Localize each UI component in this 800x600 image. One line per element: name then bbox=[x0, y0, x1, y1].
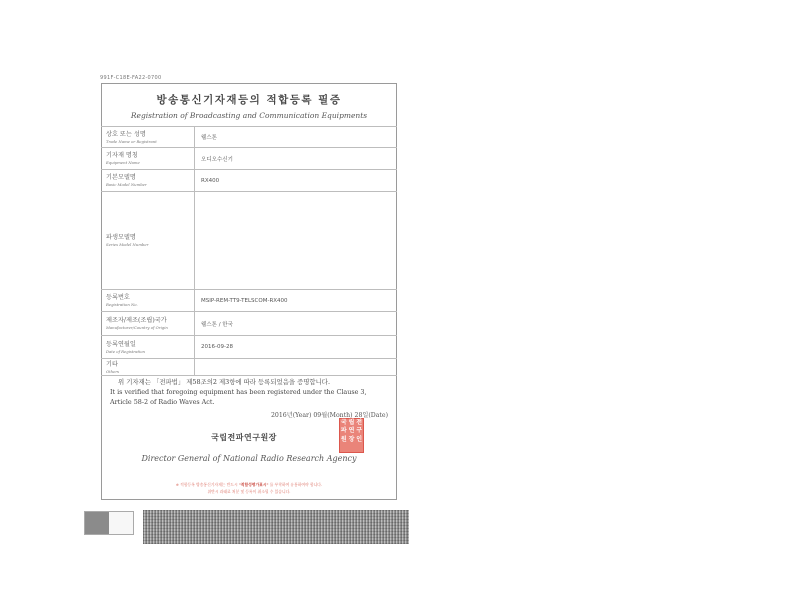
seal-char: 전 bbox=[355, 419, 363, 427]
label-english: Series Model Number bbox=[106, 242, 190, 247]
field-label: 상호 또는 성명 Trade Name or Registrant bbox=[101, 127, 195, 148]
manufacturer-value: 웰스톤 / 한국 bbox=[195, 312, 398, 336]
certification-korean: 위 기자재는 「전파법」 제58조의2 제3항에 따라 등록되었음을 증명합니다… bbox=[110, 377, 388, 387]
label-korean: 제조자/제조(조립)국가 bbox=[106, 317, 190, 325]
notice-text: ※ 적합등록 방송통신기자재는 반드시 bbox=[176, 482, 239, 487]
label-korean: 기자재 명칭 bbox=[106, 152, 190, 160]
basic-model-value: RX400 bbox=[195, 170, 398, 192]
issue-date: 2016년(Year) 09월(Month) 28일(Date) bbox=[271, 410, 388, 419]
label-english: Equipment Name bbox=[106, 160, 190, 165]
label-korean: 상호 또는 성명 bbox=[106, 131, 190, 139]
document-code: 991F-C18E-FA22-0700 bbox=[100, 75, 161, 81]
table-row: 등록연월일 Date of Registration 2016-09-28 bbox=[101, 336, 397, 359]
table-row: 제조자/제조(조립)국가 Manufacturer/Country of Ori… bbox=[101, 312, 397, 336]
security-barcode-strip bbox=[143, 510, 409, 544]
label-korean: 기타 bbox=[106, 361, 190, 369]
thumbnail-light-block bbox=[109, 512, 133, 534]
notice-highlight: "적합성평가표시" bbox=[239, 482, 269, 487]
others-value bbox=[195, 359, 398, 376]
label-korean: 등록번호 bbox=[106, 294, 190, 302]
seal-char: 인 bbox=[355, 436, 363, 444]
label-english: Basic Model Number bbox=[106, 182, 190, 187]
registration-table: 상호 또는 성명 Trade Name or Registrant 웰스톤 기자… bbox=[101, 126, 397, 376]
trade-name-value: 웰스톤 bbox=[195, 127, 398, 148]
table-row: 파생모델명 Series Model Number bbox=[101, 192, 397, 290]
field-label: 기타 Others bbox=[101, 359, 195, 376]
title-english: Registration of Broadcasting and Communi… bbox=[102, 111, 396, 120]
label-english: Others bbox=[106, 369, 190, 374]
seal-char: 국 bbox=[340, 419, 348, 427]
seal-char: 립 bbox=[348, 419, 356, 427]
field-label: 기자재 명칭 Equipment Name bbox=[101, 148, 195, 170]
field-label: 기본모델명 Basic Model Number bbox=[101, 170, 195, 192]
field-label: 파생모델명 Series Model Number bbox=[101, 192, 195, 290]
seal-char: 파 bbox=[340, 427, 348, 435]
series-model-value bbox=[195, 192, 398, 290]
label-english: Trade Name or Registrant bbox=[106, 139, 190, 144]
label-korean: 등록연월일 bbox=[106, 341, 190, 349]
verification-thumbnail bbox=[84, 511, 134, 535]
label-english: Registration No. bbox=[106, 302, 190, 307]
certification-statement: 위 기자재는 「전파법」 제58조의2 제3항에 따라 등록되었음을 증명합니다… bbox=[110, 377, 388, 407]
table-row: 기자재 명칭 Equipment Name 오디오수신기 bbox=[101, 148, 397, 170]
field-label: 등록번호 Registration No. bbox=[101, 290, 195, 312]
thumbnail-dark-block bbox=[85, 512, 109, 534]
label-korean: 기본모델명 bbox=[106, 174, 190, 182]
certification-english: It is verified that foregoing equipment … bbox=[110, 387, 388, 407]
table-row: 상호 또는 성명 Trade Name or Registrant 웰스톤 bbox=[101, 127, 397, 148]
notice-text: 를 부착하여 유통하여야 합니다. bbox=[268, 482, 322, 487]
notice-line-1: ※ 적합등록 방송통신기자재는 반드시 "적합성평가표시" 를 부착하여 유통하… bbox=[102, 481, 396, 488]
title-korean: 방송통신기자재등의 적합등록 필증 bbox=[102, 92, 396, 107]
notice-line-2: 위반시 과태료 처분 및 등록이 취소될 수 있습니다. bbox=[102, 488, 396, 495]
equipment-name-value: 오디오수신기 bbox=[195, 148, 398, 170]
registration-number-value: MSIP-REM-TT9-TELSCOM-RX400 bbox=[195, 290, 398, 312]
official-seal-stamp: 국 립 전 파 연 구 원 장 인 bbox=[339, 418, 364, 453]
field-label: 등록연월일 Date of Registration bbox=[101, 336, 195, 359]
seal-char: 장 bbox=[348, 436, 356, 444]
seal-char: 구 bbox=[355, 427, 363, 435]
table-row: 등록번호 Registration No. MSIP-REM-TT9-TELSC… bbox=[101, 290, 397, 312]
label-english: Date of Registration bbox=[106, 349, 190, 354]
issuer-english: Director General of National Radio Resea… bbox=[102, 454, 396, 463]
label-english: Manufacturer/Country of Origin bbox=[106, 325, 190, 330]
seal-char: 원 bbox=[340, 436, 348, 444]
compliance-notice: ※ 적합등록 방송통신기자재는 반드시 "적합성평가표시" 를 부착하여 유통하… bbox=[102, 481, 396, 495]
label-korean: 파생모델명 bbox=[106, 234, 190, 242]
registration-date-value: 2016-09-28 bbox=[195, 336, 398, 359]
table-row: 기본모델명 Basic Model Number RX400 bbox=[101, 170, 397, 192]
registration-certificate: 방송통신기자재등의 적합등록 필증 Registration of Broadc… bbox=[101, 83, 397, 500]
seal-char: 연 bbox=[348, 427, 356, 435]
table-row: 기타 Others bbox=[101, 359, 397, 376]
field-label: 제조자/제조(조립)국가 Manufacturer/Country of Ori… bbox=[101, 312, 195, 336]
